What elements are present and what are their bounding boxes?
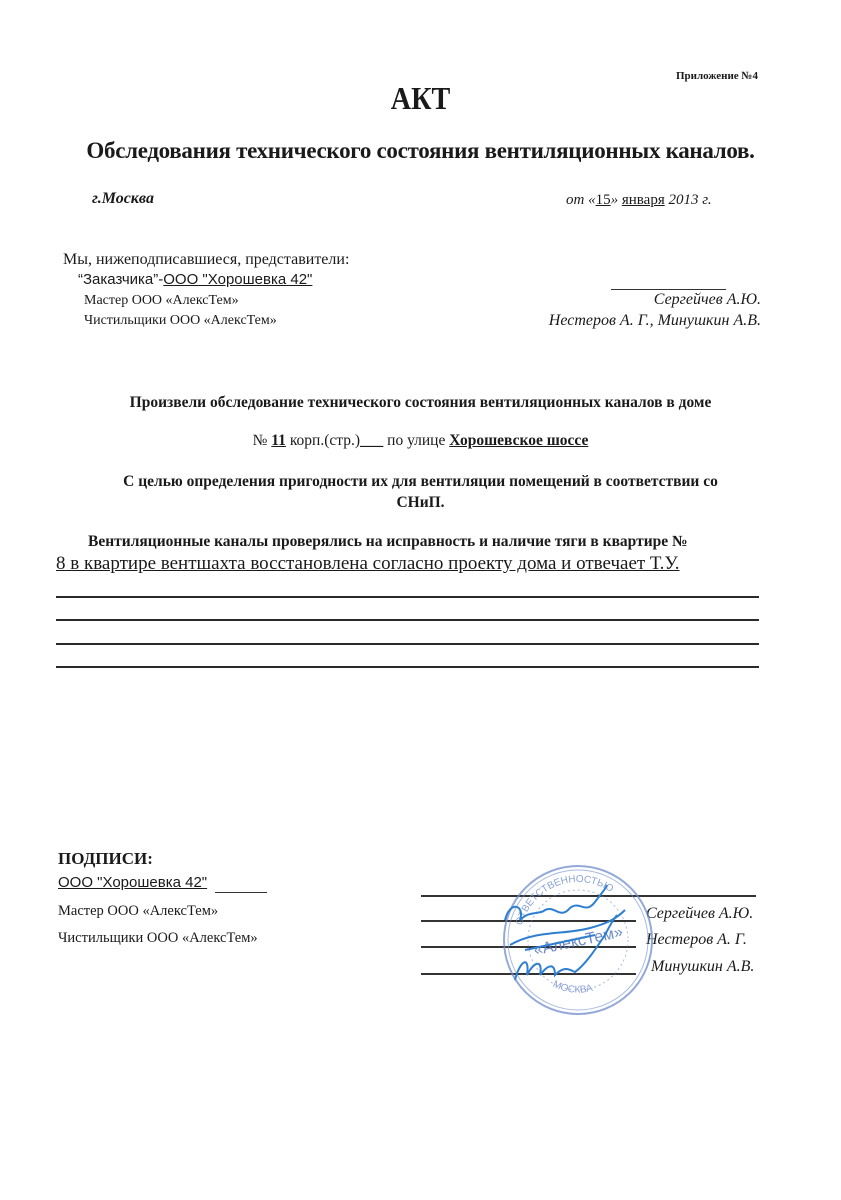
check-line: Вентиляционные каналы проверялись на исп…: [88, 533, 688, 551]
signature-customer: ООО "Хорошевка 42": [58, 874, 207, 891]
master-label: Мастер ООО «АлексТем»: [84, 293, 239, 309]
customer-name: ООО "Хорошевка 42": [163, 271, 312, 288]
date-month: января: [622, 192, 665, 208]
signature-name-1: Сергейчев А.Ю.: [646, 905, 753, 923]
street-name: Хорошевское шоссе: [449, 432, 588, 449]
corp-label: корп.(стр.): [290, 432, 360, 449]
customer-label: “Заказчика”-: [78, 271, 163, 288]
signature-name-2: Нестеров А. Г.: [646, 931, 747, 949]
customer-line: “Заказчика”-ООО "Хорошевка 42": [78, 271, 312, 288]
signature-name-3: Минушкин А.В.: [651, 958, 754, 976]
cleaners-label: Чистильщики ООО «АлексТем»: [84, 313, 277, 329]
document-title: АКТ: [50, 80, 790, 117]
blank-line: [56, 666, 759, 668]
signature-customer-name: ООО "Хорошевка 42": [58, 874, 207, 891]
blank-line: [56, 619, 759, 621]
purpose-line-1: С целью определения пригодности их для в…: [0, 473, 841, 491]
handwritten-signatures-icon: [495, 880, 645, 1000]
signature-master-label: Мастер ООО «АлексТем»: [58, 903, 218, 920]
blank-line: [56, 643, 759, 645]
signatures-heading: ПОДПИСИ:: [58, 849, 153, 869]
document-subtitle: Обследования технического состояния вент…: [0, 138, 841, 164]
house-number: 11: [271, 432, 286, 449]
blank-line: [215, 892, 267, 893]
blank-line: [611, 289, 726, 290]
house-prefix: №: [253, 432, 268, 449]
blank-line: [56, 596, 759, 598]
cleaners-names: Нестеров А. Г., Минушкин А.В.: [549, 312, 761, 330]
date-prefix: от «: [566, 192, 596, 208]
master-name: Сергейчев А.Ю.: [654, 291, 761, 309]
representatives-intro: Мы, нижеподписавшиеся, представители:: [63, 251, 349, 269]
survey-line: Произвели обследование технического сост…: [0, 394, 841, 412]
purpose-line-2: СНиП.: [0, 494, 841, 512]
corp-value: ___: [360, 432, 383, 449]
date-mid: »: [611, 192, 619, 208]
house-line: № 11 корп.(стр.)___ по улице Хорошевское…: [0, 432, 841, 450]
signature-cleaners-label: Чистильщики ООО «АлексТем»: [58, 930, 258, 947]
document-date: от «15» января 2013 г.: [566, 192, 712, 209]
result-line: 8 в квартире вентшахта восстановлена сог…: [56, 553, 679, 575]
street-label: по улице: [387, 432, 445, 449]
date-day: 15: [596, 192, 611, 208]
city: г.Москва: [92, 190, 154, 208]
date-year: 2013 г.: [668, 192, 711, 208]
